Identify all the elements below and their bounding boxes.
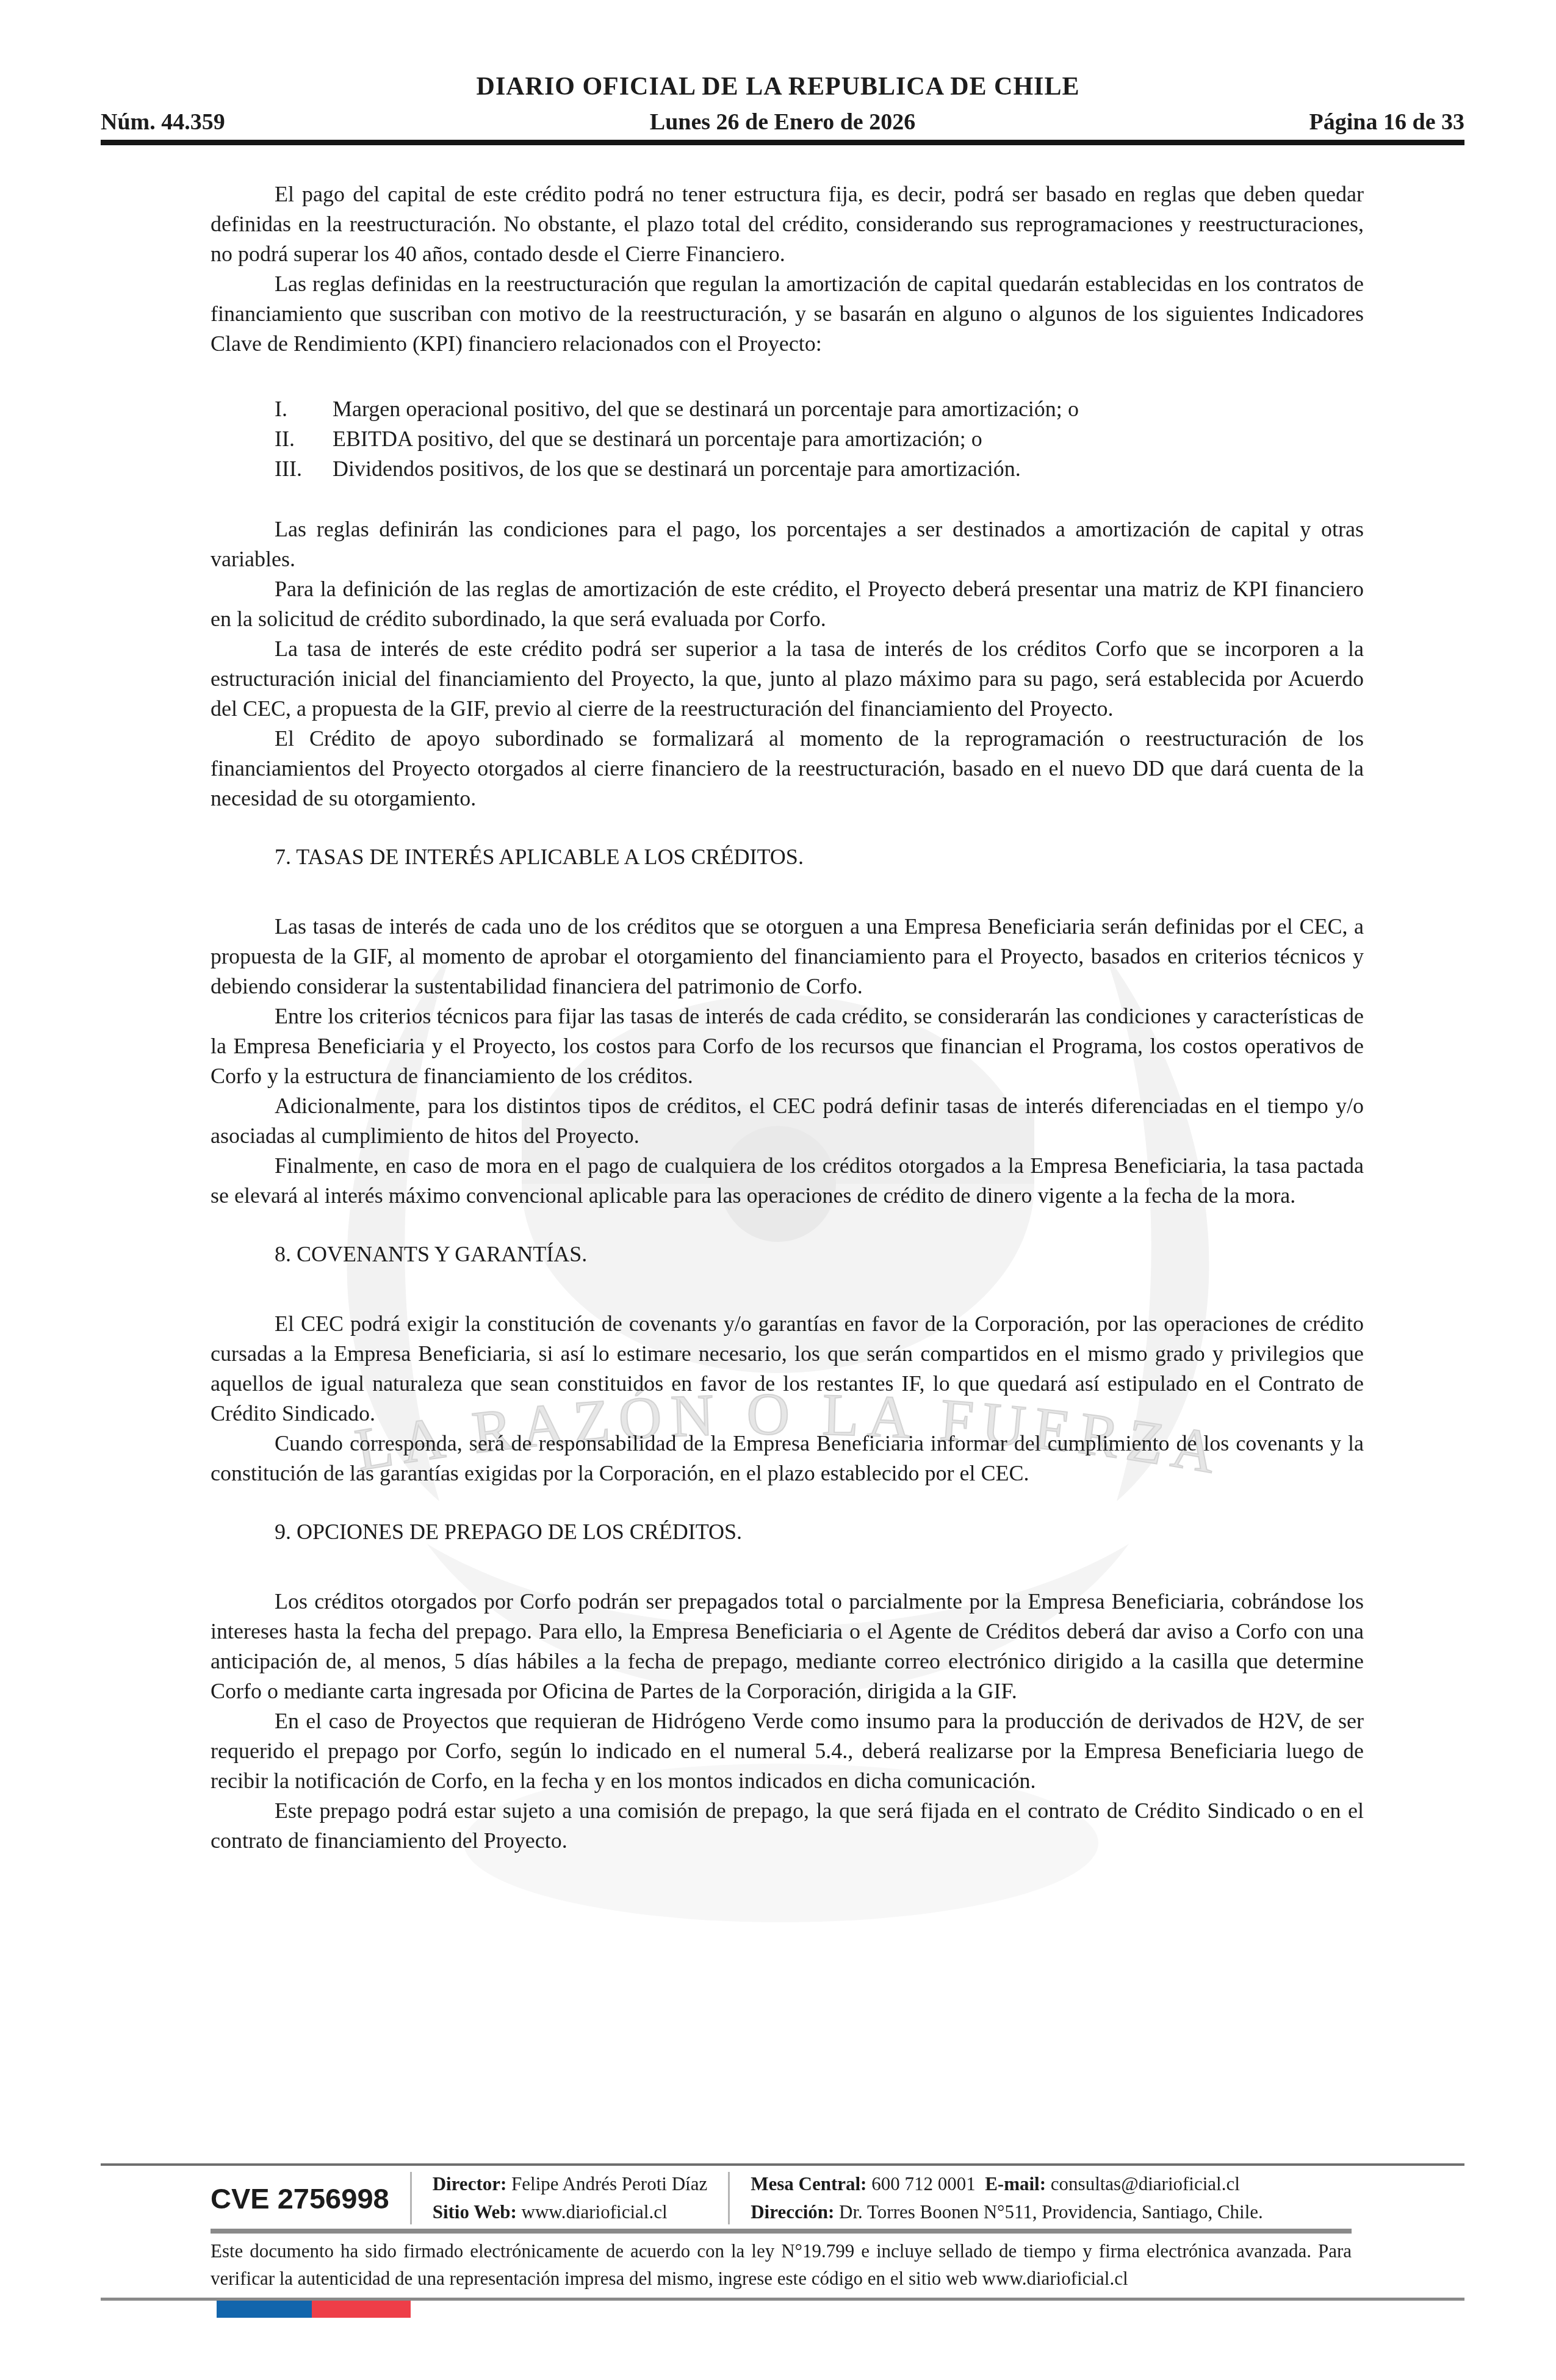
list-item: I. Margen operacional positivo, del que … — [275, 394, 1364, 424]
header-info-row: Núm. 44.359 Lunes 26 de Enero de 2026 Pá… — [101, 109, 1464, 138]
director-name: Felipe Andrés Peroti Díaz — [511, 2173, 707, 2194]
flag-blue-segment — [217, 2301, 312, 2318]
paragraph: Cuando corresponda, será de responsabili… — [211, 1429, 1364, 1488]
paragraph: El Crédito de apoyo subordinado se forma… — [211, 724, 1364, 813]
email-address: consultas@diarioficial.cl — [1051, 2173, 1240, 2194]
footer-middle-rule — [211, 2229, 1352, 2234]
kpi-roman-list: I. Margen operacional positivo, del que … — [211, 394, 1364, 484]
paragraph: Los créditos otorgados por Corfo podrán … — [211, 1587, 1364, 1706]
footer-info-box: CVE 2756998 Director: Felipe Andrés Pero… — [211, 2170, 1352, 2226]
website-label: Sitio Web: — [433, 2201, 517, 2223]
director-label: Director: — [433, 2173, 507, 2194]
paragraph: Adicionalmente, para los distintos tipos… — [211, 1091, 1364, 1151]
page-indicator: Página 16 de 33 — [1309, 109, 1464, 135]
paragraph: El CEC podrá exigir la constitución de c… — [211, 1309, 1364, 1429]
paragraph: Para la definición de las reglas de amor… — [211, 574, 1364, 634]
section-heading-8: 8. COVENANTS Y GARANTÍAS. — [211, 1239, 1364, 1269]
issue-number: Núm. 44.359 — [101, 109, 225, 135]
list-item: II. EBITDA positivo, del que se destinar… — [275, 424, 1364, 454]
phone-label: Mesa Central: — [751, 2173, 866, 2194]
footer-director-column: Director: Felipe Andrés Peroti Díaz Siti… — [412, 2170, 729, 2226]
issue-date: Lunes 26 de Enero de 2026 — [650, 109, 915, 135]
paragraph: Finalmente, en caso de mora en el pago d… — [211, 1151, 1364, 1211]
paragraph: El pago del capital de este crédito podr… — [211, 179, 1364, 269]
header-rule — [101, 140, 1464, 145]
address-value: Dr. Torres Boonen N°511, Providencia, Sa… — [839, 2201, 1263, 2223]
list-item-numeral: III. — [275, 454, 333, 484]
list-item-text: EBITDA positivo, del que se destinará un… — [333, 424, 1364, 454]
phone-number: 600 712 0001 — [871, 2173, 976, 2194]
document-body: El pago del capital de este crédito podr… — [211, 179, 1364, 1856]
legal-notice: Este documento ha sido firmado electróni… — [211, 2237, 1352, 2292]
paragraph: Las tasas de interés de cada uno de los … — [211, 912, 1364, 1001]
list-item-text: Margen operacional positivo, del que se … — [333, 394, 1364, 424]
paragraph: Las reglas definidas en la reestructurac… — [211, 269, 1364, 359]
paragraph: La tasa de interés de este crédito podrá… — [211, 634, 1364, 724]
list-item-numeral: I. — [275, 394, 333, 424]
footer-contact-column: Mesa Central: 600 712 0001 E-mail: consu… — [730, 2170, 1284, 2226]
document-page: LA RAZÓN O LA FUERZA DIARIO OFICIAL DE L… — [0, 0, 1556, 2380]
section-heading-7: 7. TASAS DE INTERÉS APLICABLE A LOS CRÉD… — [211, 842, 1364, 872]
paragraph: Entre los criterios técnicos para fijar … — [211, 1001, 1364, 1091]
list-item-numeral: II. — [275, 424, 333, 454]
section-heading-9: 9. OPCIONES DE PREPAGO DE LOS CRÉDITOS. — [211, 1517, 1364, 1547]
paragraph: Este prepago podrá estar sujeto a una co… — [211, 1796, 1364, 1856]
website-url: www.diarioficial.cl — [522, 2201, 668, 2223]
flag-red-segment — [312, 2301, 411, 2318]
list-item: III. Dividendos positivos, de los que se… — [275, 454, 1364, 484]
list-item-text: Dividendos positivos, de los que se dest… — [333, 454, 1364, 484]
masthead-title: DIARIO OFICIAL DE LA REPUBLICA DE CHILE — [0, 72, 1556, 101]
paragraph: En el caso de Proyectos que requieran de… — [211, 1706, 1364, 1796]
paragraph: Las reglas definirán las condiciones par… — [211, 514, 1364, 574]
address-label: Dirección: — [751, 2201, 834, 2223]
cve-code: CVE 2756998 — [211, 2182, 410, 2215]
email-label: E-mail: — [985, 2173, 1046, 2194]
chile-flag-bar — [217, 2301, 411, 2318]
footer-top-rule — [101, 2163, 1464, 2166]
